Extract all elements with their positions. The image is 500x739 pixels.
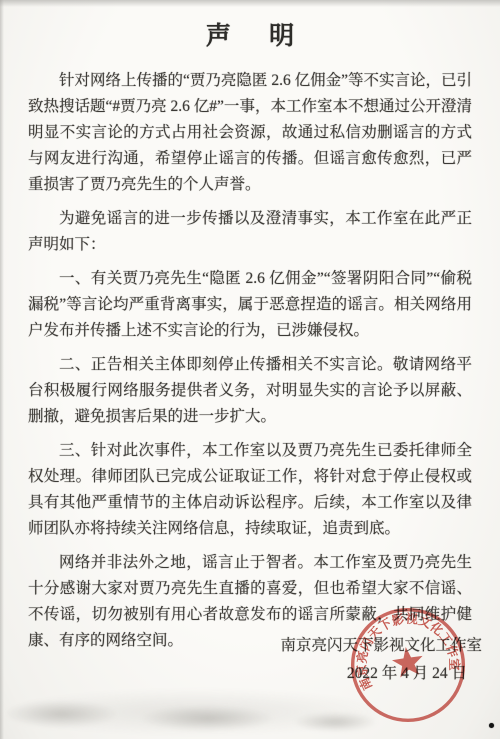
paragraph-item-3: 三、针对此次事件，本工作室以及贾乃亮先生已委托律师全权处理。律师团队已完成公证取… xyxy=(28,438,472,542)
paragraph-item-2: 二、正告相关主体即刻停止传播相关不实言论。敬请网络平台积极履行网络服务提供者义务… xyxy=(28,352,472,430)
scan-left-edge-shadow xyxy=(0,0,4,739)
signature-block: 南京亮闪天下影视文化工作室 2022 年 4 月 24 日 xyxy=(280,632,482,688)
scanned-statement-page: 声 明 针对网络上传播的“贾乃亮隐匿 2.6 亿佣金”等不实言论，已引致热搜话题… xyxy=(0,0,500,739)
statement-body: 针对网络上传播的“贾乃亮隐匿 2.6 亿佣金”等不实言论，已引致热搜话题“#贾乃… xyxy=(28,68,472,654)
paragraph-intro: 针对网络上传播的“贾乃亮隐匿 2.6 亿佣金”等不实言论，已引致热搜话题“#贾乃… xyxy=(28,68,472,198)
ink-dot xyxy=(489,723,494,728)
date-line: 2022 年 4 月 24 日 xyxy=(280,660,467,688)
paragraph-declare-lead: 为避免谣言的进一步传播以及澄清事实，本工作室在此严正声明如下： xyxy=(28,206,472,258)
paragraph-item-1: 一、有关贾乃亮先生“隐匿 2.6 亿佣金”“签署阴阳合同”“偷税漏税”等言论均严… xyxy=(28,266,472,344)
signature-line: 南京亮闪天下影视文化工作室 xyxy=(280,632,482,660)
document-title: 声 明 xyxy=(0,16,500,52)
scan-smudge xyxy=(140,706,275,731)
scan-top-edge-shadow xyxy=(0,0,500,7)
scan-smudge xyxy=(293,712,378,732)
scan-smudge xyxy=(4,700,119,728)
